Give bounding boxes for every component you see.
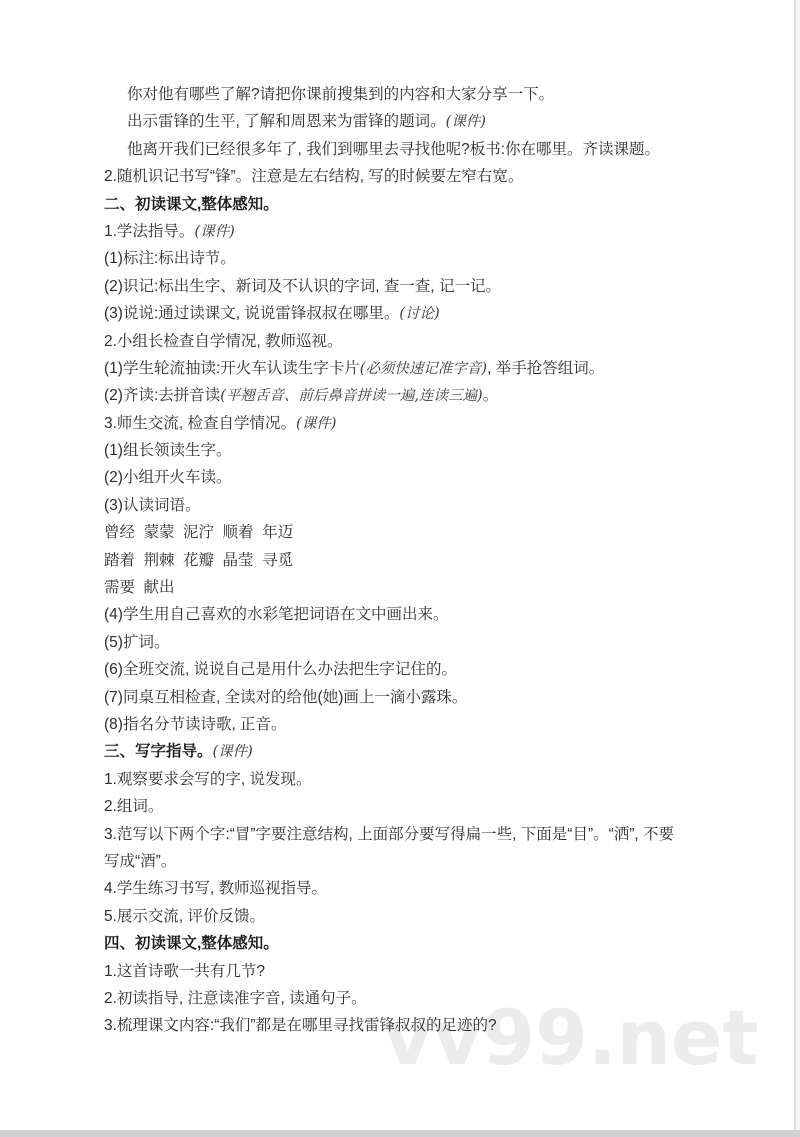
text-line: 出示雷锋的生平, 了解和周恩来为雷锋的题词。(课件)	[104, 108, 764, 135]
vocab-word: 需要	[104, 579, 135, 596]
section-heading: 三、写字指导。	[104, 743, 213, 760]
body-text: (8)指名分节读诗歌, 正音。	[104, 716, 287, 733]
text-line: (3)认读词语。	[104, 492, 764, 519]
text-line: 2.组词。	[104, 793, 764, 820]
body-text: 5.展示交流, 评价反馈。	[104, 908, 265, 925]
annotation-text: (讨论)	[399, 306, 439, 322]
body-text: (6)全班交流, 说说自己是用什么办法把生字记住的。	[104, 661, 457, 678]
annotation-text: (课件)	[446, 114, 486, 130]
body-text: (2)识记:标出生字、新词及不认识的字词, 查一查, 记一记。	[104, 278, 501, 295]
text-line: 1.观察要求会写的字, 说发现。	[104, 766, 764, 793]
annotation-text: (课件)	[213, 744, 253, 760]
body-text: 出示雷锋的生平, 了解和周恩来为雷锋的题词。	[127, 113, 446, 130]
vocab-word: 年迈	[262, 524, 293, 541]
body-text: , 举手抢答组词。	[487, 360, 604, 377]
text-line: 需要献出	[104, 574, 764, 601]
body-text: (5)扩词。	[104, 634, 169, 651]
text-line: 2.随机识记书写“锋”。注意是左右结构, 写的时候要左窄右宽。	[104, 163, 764, 190]
body-text: 写成“酒”。	[104, 853, 176, 870]
vocab-word: 曾经	[104, 524, 135, 541]
text-line: (4)学生用自己喜欢的水彩笔把词语在文中画出来。	[104, 601, 764, 628]
text-line: (3)说说:通过读课文, 说说雷锋叔叔在哪里。(讨论)	[104, 300, 764, 327]
lesson-plan-text: 你对他有哪些了解?请把你课前搜集到的内容和大家分享一下。出示雷锋的生平, 了解和…	[0, 0, 794, 1040]
text-line: (2)齐读:去拼音读(平翘舌音、前后鼻音拼读一遍,连读三遍)。	[104, 382, 764, 409]
text-line: 曾经蒙蒙泥泞顺着年迈	[104, 519, 764, 546]
text-line: 2.小组长检查自学情况, 教师巡视。	[104, 328, 764, 355]
body-text: 3.师生交流, 检查自学情况。	[104, 415, 296, 432]
annotation-text: (平翘舌音、前后鼻音拼读一遍,连读三遍)	[220, 388, 482, 404]
annotation-text: (必须快速记准字音)	[360, 361, 487, 377]
body-text: 3.梳理课文内容:“我们”都是在哪里寻找雷锋叔叔的足迹的?	[104, 1017, 497, 1034]
text-line: 他离开我们已经很多年了, 我们到哪里去寻找他呢?板书:你在哪里。齐读课题。	[104, 136, 764, 163]
annotation-text: (课件)	[296, 416, 336, 432]
body-text: (3)说说:通过读课文, 说说雷锋叔叔在哪里。	[104, 305, 399, 322]
text-line: (1)学生轮流抽读:开火车认读生字卡片(必须快速记准字音), 举手抢答组词。	[104, 355, 764, 382]
text-line: 4.学生练习书写, 教师巡视指导。	[104, 875, 764, 902]
text-line: 2.初读指导, 注意读准字音, 读通句子。	[104, 985, 764, 1012]
vocab-word: 顺着	[223, 524, 254, 541]
text-line: 3.梳理课文内容:“我们”都是在哪里寻找雷锋叔叔的足迹的?	[104, 1012, 764, 1039]
text-line: (5)扩词。	[104, 629, 764, 656]
annotation-text: (课件)	[194, 224, 234, 240]
body-text: 1.学法指导。	[104, 223, 194, 240]
text-line: (2)小组开火车读。	[104, 464, 764, 491]
vocab-word: 献出	[144, 579, 175, 596]
text-line: 三、写字指导。(课件)	[104, 738, 764, 765]
vocab-word: 寻觅	[262, 552, 293, 569]
vocab-word: 荆棘	[144, 552, 175, 569]
page-right-margin	[796, 0, 800, 1130]
text-line: 二、初读课文,整体感知。	[104, 191, 764, 218]
body-text: (1)学生轮流抽读:开火车认读生字卡片	[104, 360, 360, 377]
document-page: vv99.net 你对他有哪些了解?请把你课前搜集到的内容和大家分享一下。出示雷…	[0, 0, 794, 1130]
text-line: 1.学法指导。(课件)	[104, 218, 764, 245]
body-text: 3.范写以下两个字:“冒”字要注意结构, 上面部分要写得扁一些, 下面是“目”。…	[104, 826, 674, 843]
vocab-word: 花瓣	[183, 552, 214, 569]
text-line: (2)识记:标出生字、新词及不认识的字词, 查一查, 记一记。	[104, 273, 764, 300]
text-line: (1)标注:标出诗节。	[104, 245, 764, 272]
text-line: (6)全班交流, 说说自己是用什么办法把生字记住的。	[104, 656, 764, 683]
text-line: 你对他有哪些了解?请把你课前搜集到的内容和大家分享一下。	[104, 81, 764, 108]
text-line: 踏着荆棘花瓣晶莹寻觅	[104, 547, 764, 574]
body-text: (3)认读词语。	[104, 497, 200, 514]
body-text: 4.学生练习书写, 教师巡视指导。	[104, 880, 327, 897]
body-text: (4)学生用自己喜欢的水彩笔把词语在文中画出来。	[104, 606, 448, 623]
text-line: 3.范写以下两个字:“冒”字要注意结构, 上面部分要写得扁一些, 下面是“目”。…	[104, 821, 764, 848]
text-line: (8)指名分节读诗歌, 正音。	[104, 711, 764, 738]
body-text: 2.随机识记书写“锋”。注意是左右结构, 写的时候要左窄右宽。	[104, 168, 523, 185]
text-line: 3.师生交流, 检查自学情况。(课件)	[104, 410, 764, 437]
body-text: 。	[483, 387, 499, 404]
text-line: 四、初读课文,整体感知。	[104, 930, 764, 957]
text-line: 1.这首诗歌一共有几节?	[104, 958, 764, 985]
body-text: (2)小组开火车读。	[104, 469, 231, 486]
body-text: (1)标注:标出诗节。	[104, 250, 236, 267]
body-text: 他离开我们已经很多年了, 我们到哪里去寻找他呢?板书:你在哪里。齐读课题。	[127, 141, 660, 158]
body-text: 2.初读指导, 注意读准字音, 读通句子。	[104, 990, 367, 1007]
section-heading: 四、初读课文,整体感知。	[104, 935, 279, 952]
body-text: 2.组词。	[104, 798, 163, 815]
body-text: 1.这首诗歌一共有几节?	[104, 963, 265, 980]
text-line: (7)同桌互相检查, 全读对的给他(她)画上一滴小露珠。	[104, 684, 764, 711]
vocab-word: 蒙蒙	[144, 524, 175, 541]
text-line: 写成“酒”。	[104, 848, 764, 875]
body-text: 1.观察要求会写的字, 说发现。	[104, 771, 312, 788]
body-text: (2)齐读:去拼音读	[104, 387, 220, 404]
vocab-word: 晶莹	[223, 552, 254, 569]
body-text: (7)同桌互相检查, 全读对的给他(她)画上一滴小露珠。	[104, 689, 467, 706]
vocab-word: 泥泞	[183, 524, 214, 541]
body-text: 2.小组长检查自学情况, 教师巡视。	[104, 333, 343, 350]
text-line: (1)组长领读生字。	[104, 437, 764, 464]
body-text: 你对他有哪些了解?请把你课前搜集到的内容和大家分享一下。	[127, 86, 554, 103]
section-heading: 二、初读课文,整体感知。	[104, 196, 279, 213]
body-text: (1)组长领读生字。	[104, 442, 231, 459]
vocab-word: 踏着	[104, 552, 135, 569]
text-line: 5.展示交流, 评价反馈。	[104, 903, 764, 930]
